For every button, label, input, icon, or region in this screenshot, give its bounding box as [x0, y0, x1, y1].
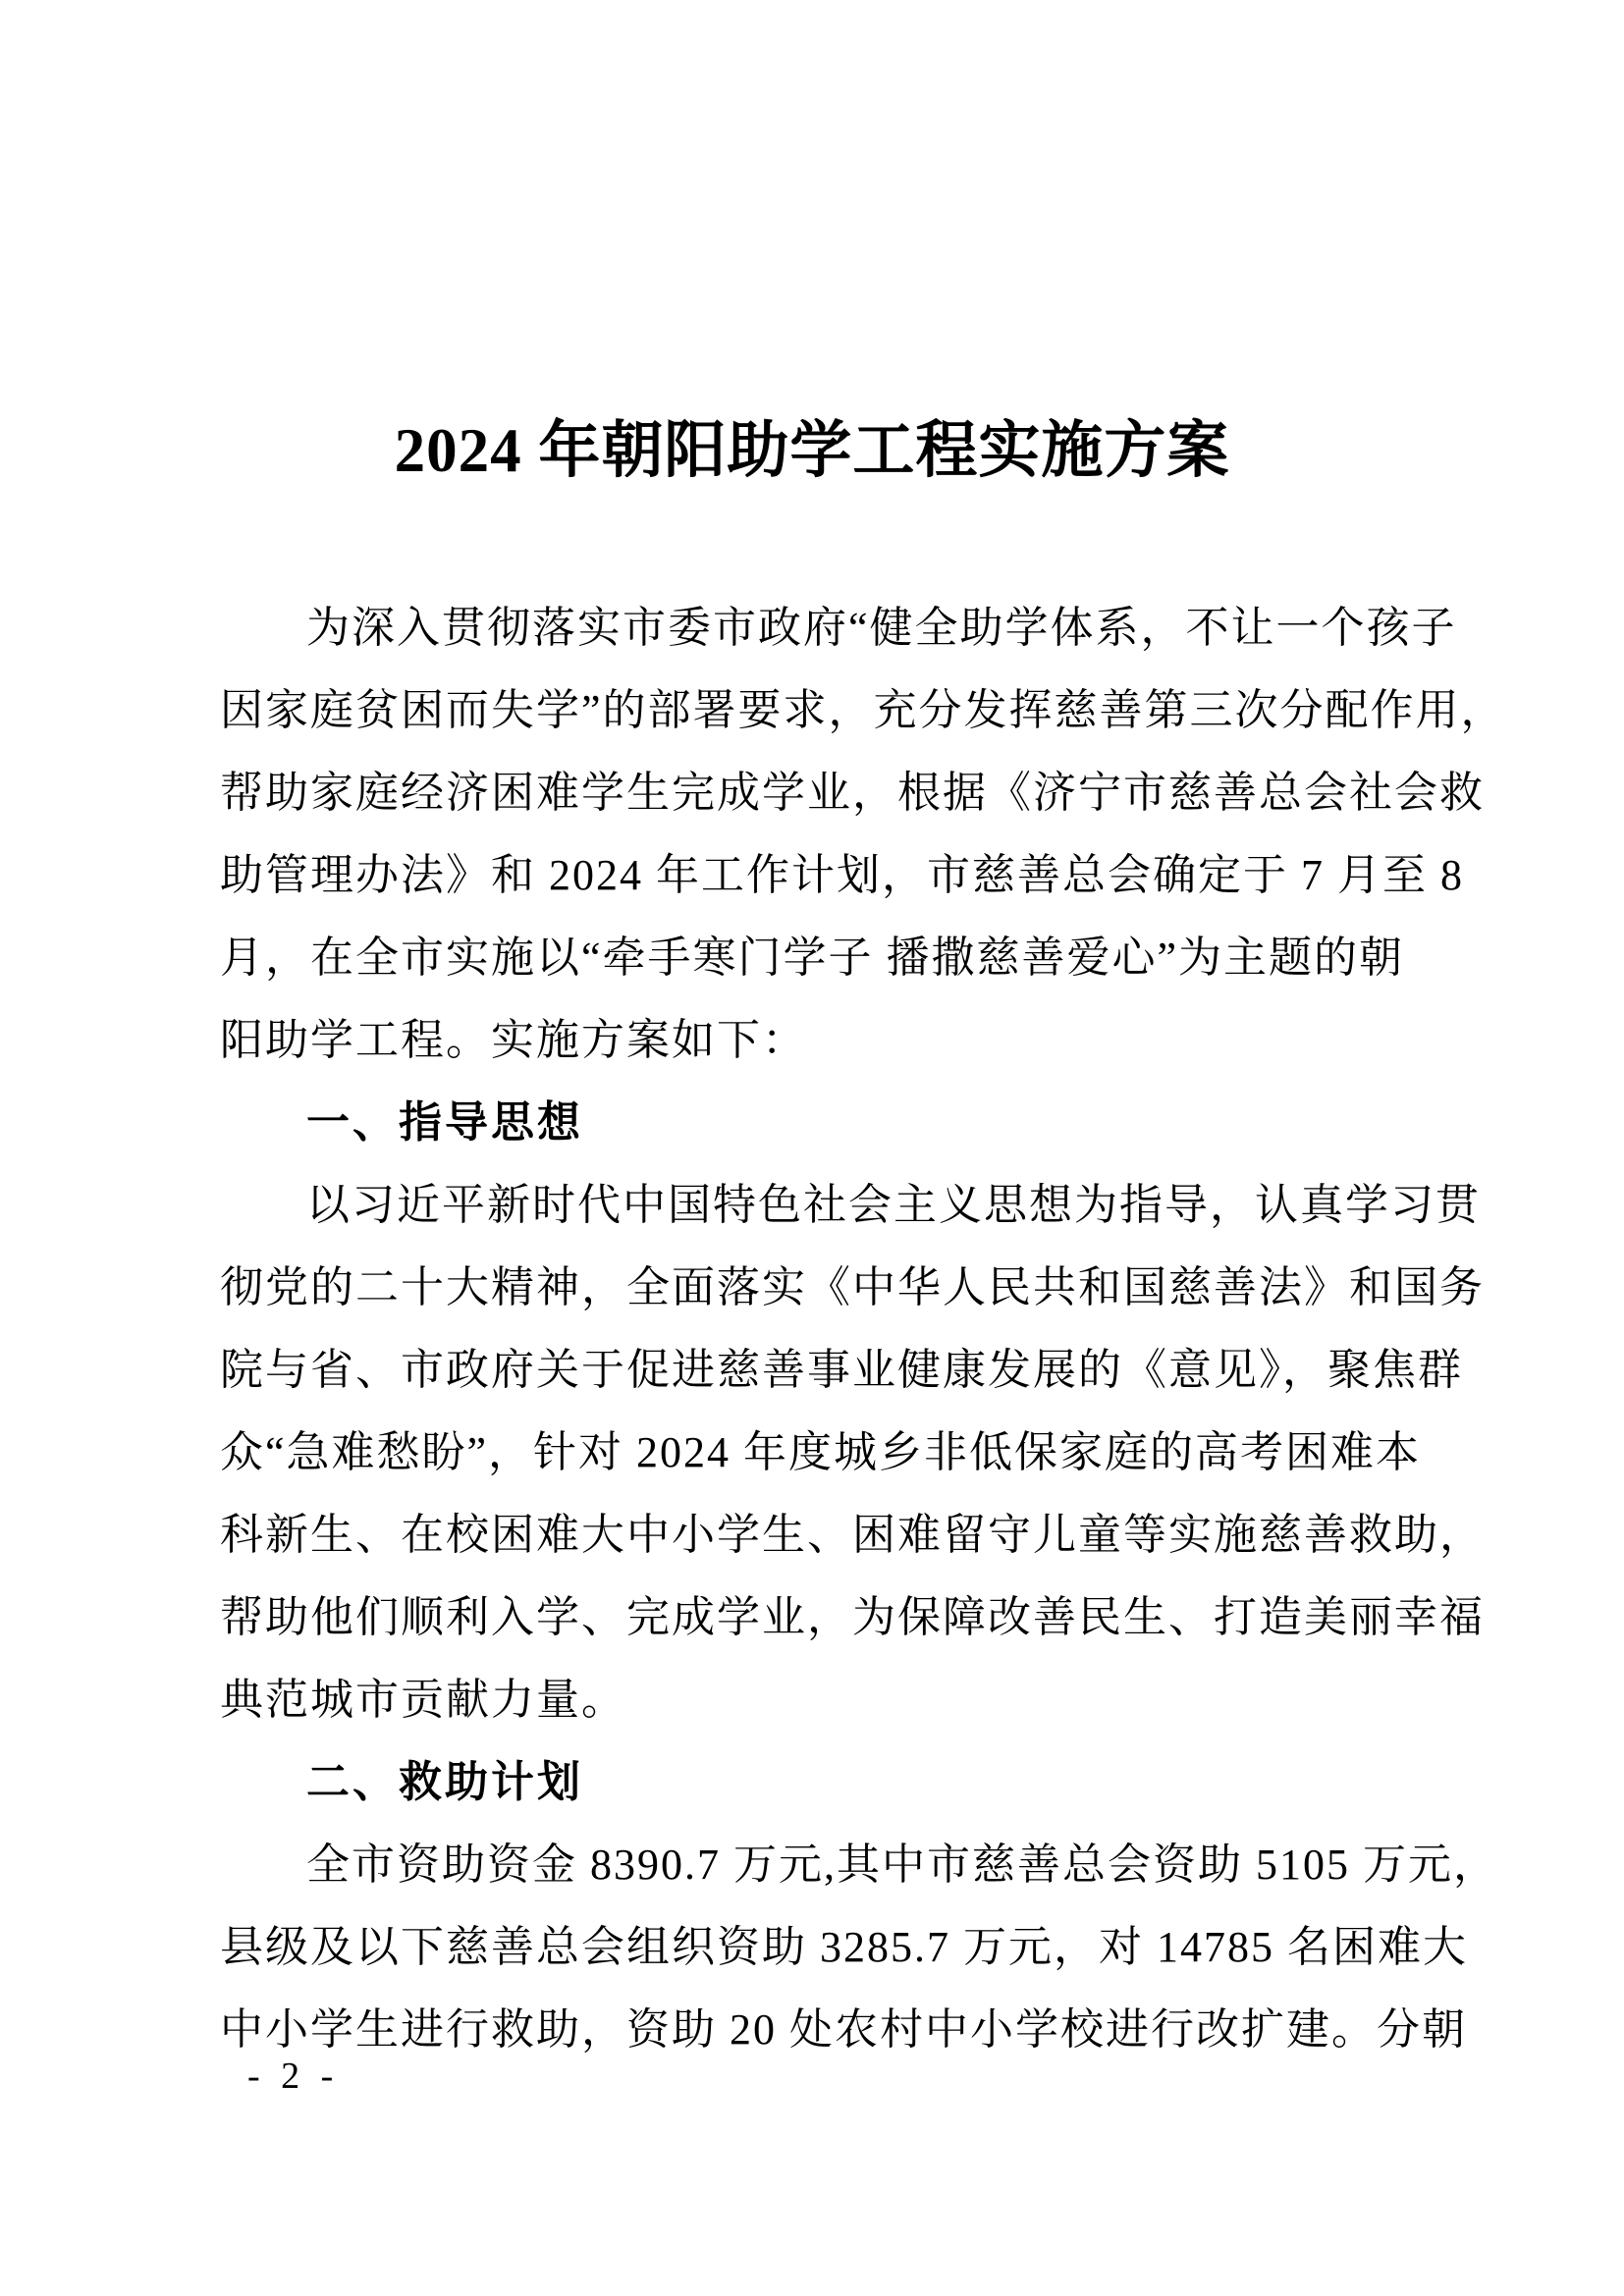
- paragraph-line: 帮助家庭经济困难学生完成学业，根据《济宁市慈善总会社会救: [220, 752, 1412, 834]
- paragraph-line: 月，在全市实施以“牵手寒门学子 播撒慈善爱心”为主题的朝: [220, 917, 1412, 999]
- section-heading-1: 一、指导思想: [220, 1082, 1412, 1164]
- paragraph-line: 以习近平新时代中国特色社会主义思想为指导，认真学习贯: [220, 1164, 1412, 1247]
- paragraph-line: 阳助学工程。实施方案如下：: [220, 999, 1412, 1082]
- section-heading-2: 二、救助计划: [220, 1741, 1412, 1824]
- page-number: - 2 -: [247, 2055, 339, 2098]
- paragraph-line: 为深入贯彻落实市委市政府“健全助学体系，不让一个孩子: [220, 587, 1412, 669]
- paragraph-line: 科新生、在校困难大中小学生、困难留守儿童等实施慈善救助，: [220, 1494, 1412, 1576]
- document-page: 2024 年朝阳助学工程实施方案 为深入贯彻落实市委市政府“健全助学体系，不让一…: [0, 0, 1624, 2296]
- paragraph-line: 典范城市贡献力量。: [220, 1659, 1412, 1741]
- document-body: 为深入贯彻落实市委市政府“健全助学体系，不让一个孩子 因家庭贫困而失学”的部署要…: [220, 587, 1412, 2071]
- document-title: 2024 年朝阳助学工程实施方案: [0, 400, 1624, 490]
- paragraph-line: 助管理办法》和 2024 年工作计划，市慈善总会确定于 7 月至 8: [220, 834, 1412, 917]
- paragraph-line: 帮助他们顺利入学、完成学业，为保障改善民生、打造美丽幸福: [220, 1576, 1412, 1659]
- paragraph-line: 院与省、市政府关于促进慈善事业健康发展的《意见》，聚焦群: [220, 1329, 1412, 1412]
- paragraph-line: 全市资助资金 8390.7 万元,其中市慈善总会资助 5105 万元，: [220, 1824, 1412, 1906]
- paragraph-line: 彻党的二十大精神，全面落实《中华人民共和国慈善法》和国务: [220, 1247, 1412, 1329]
- paragraph-line: 县级及以下慈善总会组织资助 3285.7 万元，对 14785 名困难大: [220, 1906, 1412, 1989]
- paragraph-line: 中小学生进行救助，资助 20 处农村中小学校进行改扩建。分朝: [220, 1989, 1412, 2071]
- paragraph-line: 众“急难愁盼”，针对 2024 年度城乡非低保家庭的高考困难本: [220, 1412, 1412, 1494]
- paragraph-line: 因家庭贫困而失学”的部署要求，充分发挥慈善第三次分配作用，: [220, 669, 1412, 752]
